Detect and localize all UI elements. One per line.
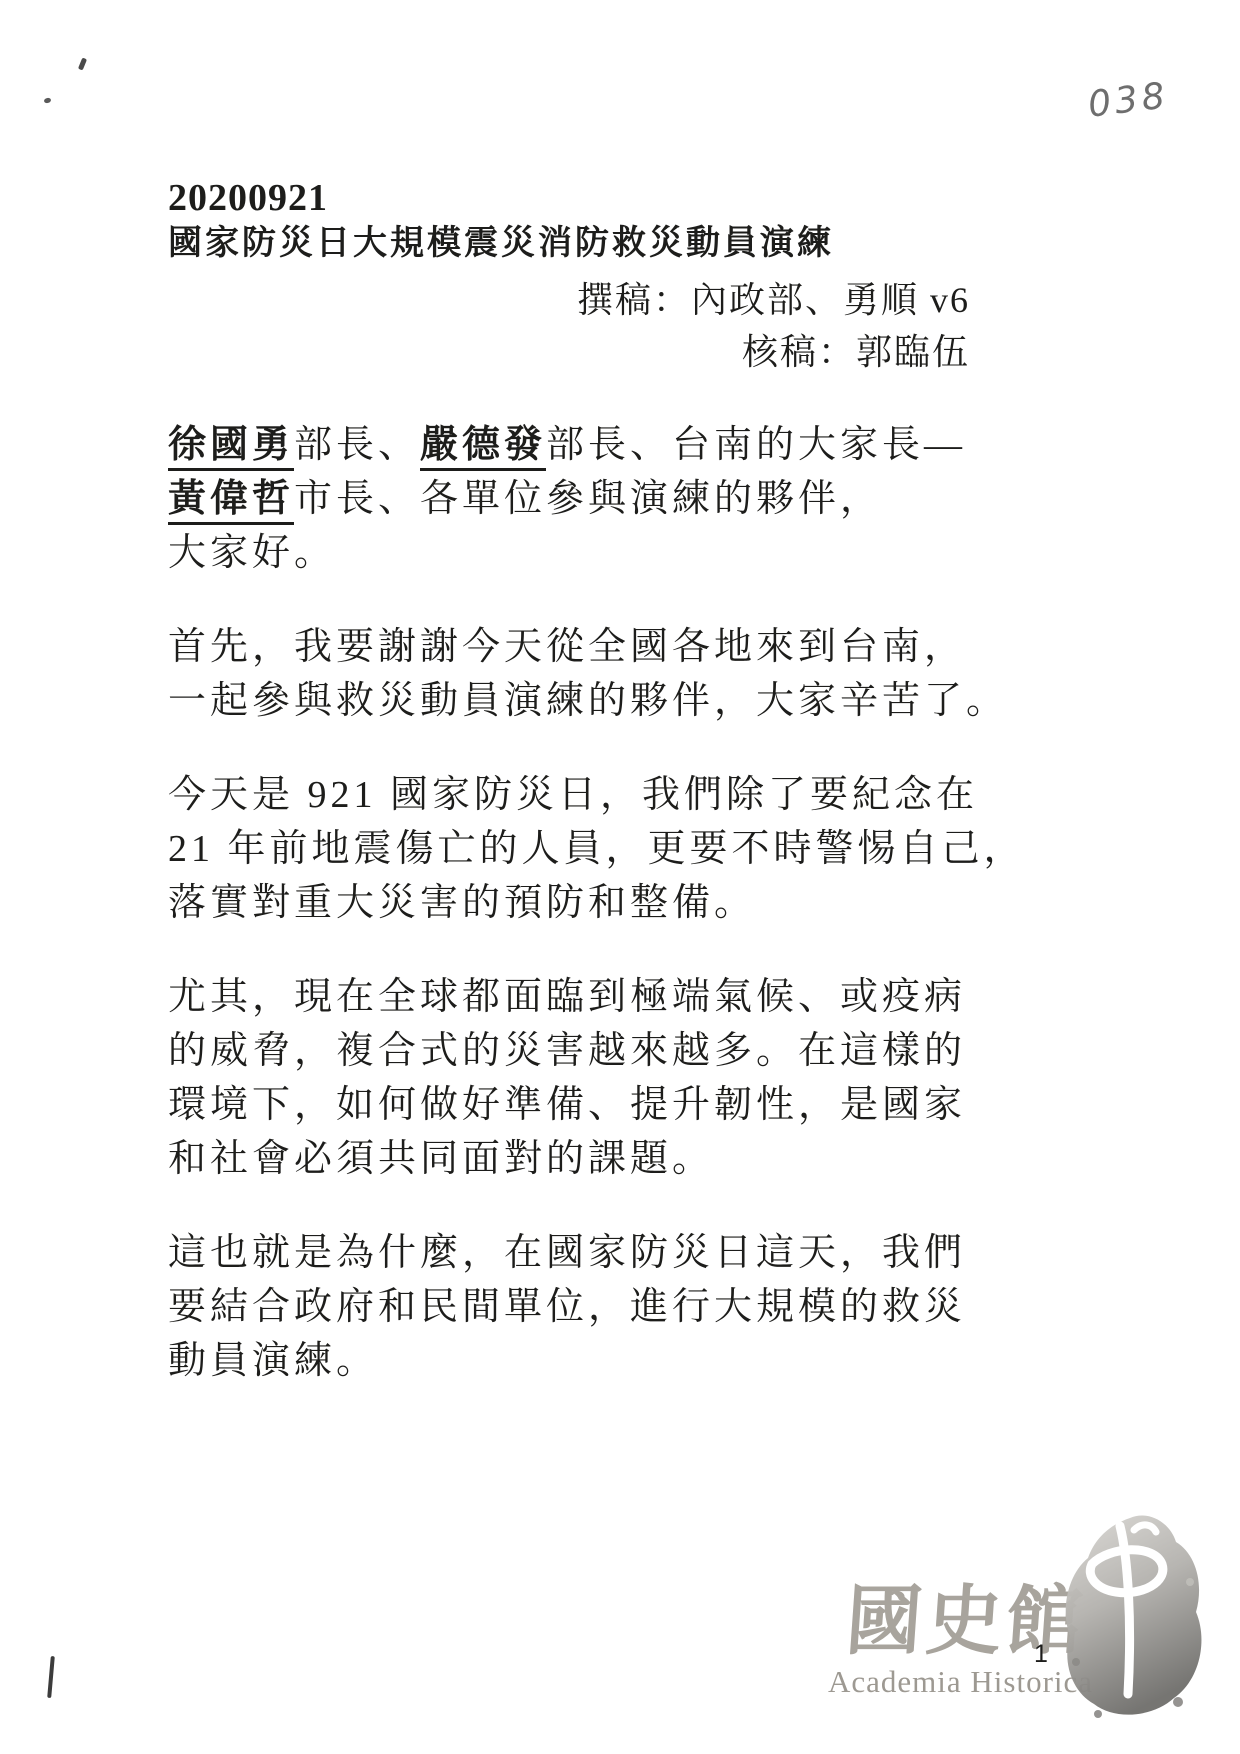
- text-segment: 落實對重大災害的預防和整備。: [168, 882, 756, 924]
- text-line: 大家好。: [168, 526, 970, 580]
- person-name-underlined: 嚴德發: [420, 424, 546, 471]
- text-line: 21 年前地震傷亡的人員，更要不時警惕自己，: [168, 822, 970, 876]
- text-line: 首先，我要謝謝今天從全國各地來到台南，: [168, 620, 970, 674]
- scanned-page: 038 20200921 國家防災日大規模震災消防救災動員演練 撰稿：內政部、勇…: [0, 0, 1240, 1754]
- text-segment: 和社會必須共同面對的課題。: [168, 1138, 714, 1180]
- text-line: 黃偉哲市長、各單位參與演練的夥伴，: [168, 472, 970, 526]
- paragraph: 今天是 921 國家防災日，我們除了要紀念在21 年前地震傷亡的人員，更要不時警…: [168, 768, 970, 930]
- drafter-line: 撰稿：內政部、勇順 v6: [168, 274, 970, 326]
- scan-speck-mark: [43, 97, 51, 104]
- paragraph: 尤其，現在全球都面臨到極端氣候、或疫病的威脅，複合式的災害越來越多。在這樣的環境…: [168, 970, 970, 1186]
- text-segment: 一起參與救災動員演練的夥伴，大家辛苦了。: [168, 680, 1008, 722]
- text-segment: 部長、: [294, 424, 420, 466]
- text-segment: 尤其，現在全球都面臨到極端氣候、或疫病: [168, 976, 966, 1018]
- paragraph: 這也就是為什麼，在國家防災日這天，我們要結合政府和民間單位，進行大規模的救災動員…: [168, 1226, 970, 1388]
- text-line: 動員演練。: [168, 1334, 970, 1388]
- text-line: 徐國勇部長、嚴德發部長、台南的大家長—: [168, 418, 970, 472]
- watermark-latin-text: Academia Historica: [828, 1662, 1093, 1702]
- text-line: 一起參與救災動員演練的夥伴，大家辛苦了。: [168, 674, 970, 728]
- scan-speck-mark: [78, 58, 87, 71]
- text-line: 環境下，如何做好準備、提升韌性，是國家: [168, 1078, 970, 1132]
- handwritten-folio-number: 038: [1086, 75, 1171, 126]
- paragraph: 首先，我要謝謝今天從全國各地來到台南，一起參與救災動員演練的夥伴，大家辛苦了。: [168, 620, 970, 728]
- text-line: 這也就是為什麼，在國家防災日這天，我們: [168, 1226, 970, 1280]
- text-line: 要結合政府和民間單位，進行大規模的救災: [168, 1280, 970, 1334]
- paragraph: 徐國勇部長、嚴德發部長、台南的大家長—黃偉哲市長、各單位參與演練的夥伴，大家好。: [168, 418, 970, 580]
- date-code: 20200921: [168, 178, 970, 218]
- pen-stroke-mark: [47, 1656, 55, 1698]
- text-segment: 市長、各單位參與演練的夥伴，: [294, 478, 882, 520]
- text-segment: 大家好。: [168, 532, 336, 574]
- text-segment: 這也就是為什麼，在國家防災日這天，我們: [168, 1232, 966, 1274]
- text-column: 20200921 國家防災日大規模震災消防救災動員演練 撰稿：內政部、勇順 v6…: [168, 0, 970, 1388]
- reviewer-line: 核稿：郭臨伍: [168, 326, 970, 378]
- text-segment: 動員演練。: [168, 1340, 378, 1382]
- text-line: 落實對重大災害的預防和整備。: [168, 876, 970, 930]
- text-segment: 的威脅，複合式的災害越來越多。在這樣的: [168, 1030, 966, 1072]
- text-segment: 首先，我要謝謝今天從全國各地來到台南，: [168, 626, 966, 668]
- document-title: 國家防災日大規模震災消防救災動員演練: [168, 222, 970, 266]
- text-line: 和社會必須共同面對的課題。: [168, 1132, 970, 1186]
- text-segment: 21 年前地震傷亡的人員，更要不時警惕自己，: [168, 828, 1026, 870]
- speech-body: 徐國勇部長、嚴德發部長、台南的大家長—黃偉哲市長、各單位參與演練的夥伴，大家好。…: [168, 418, 970, 1388]
- person-name-underlined: 黃偉哲: [168, 478, 294, 525]
- page-number: 1: [1034, 1640, 1048, 1669]
- text-line: 尤其，現在全球都面臨到極端氣候、或疫病: [168, 970, 970, 1024]
- text-segment: 要結合政府和民間單位，進行大規模的救災: [168, 1286, 966, 1328]
- text-line: 今天是 921 國家防災日，我們除了要紀念在: [168, 768, 970, 822]
- person-name-underlined: 徐國勇: [168, 424, 294, 471]
- text-segment: 環境下，如何做好準備、提升韌性，是國家: [168, 1084, 966, 1126]
- watermark-cjk-text: 國史館: [843, 1576, 1089, 1668]
- text-segment: 今天是 921 國家防災日，我們除了要紀念在: [168, 774, 978, 816]
- text-segment: 部長、台南的大家長—: [546, 424, 966, 466]
- text-line: 的威脅，複合式的災害越來越多。在這樣的: [168, 1024, 970, 1078]
- archive-seal-stamp: [1058, 1512, 1208, 1722]
